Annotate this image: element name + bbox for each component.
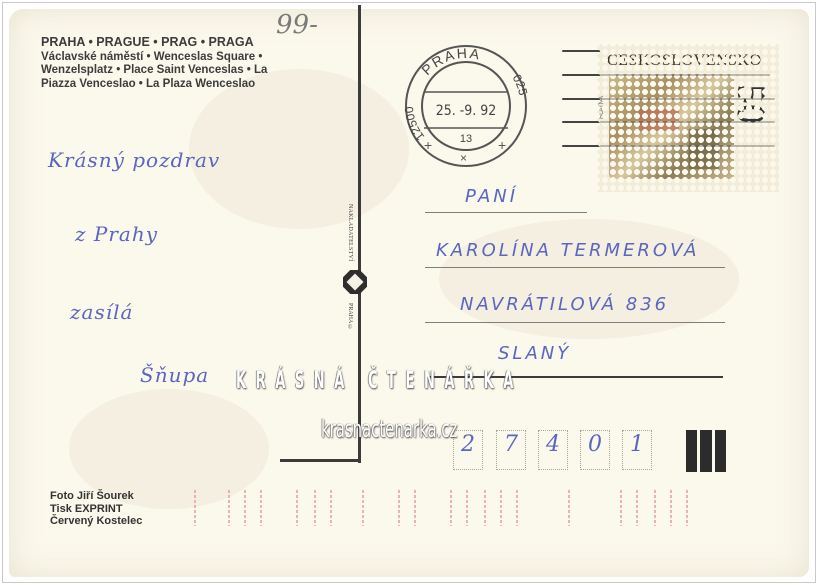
sorting-tick: [686, 490, 688, 526]
zip-digit: 1: [622, 432, 652, 457]
address-salutation: PANÍ: [465, 186, 518, 207]
address-city: SLANÝ: [498, 343, 571, 364]
caption-block: PRAHA • PRAGUE • PRAG • PRAGA Václavské …: [41, 36, 267, 91]
pencil-price-note: 99-: [276, 10, 318, 40]
caption-line: Václavské náměstí • Wenceslas Square •: [41, 51, 267, 65]
postal-barcode: [686, 430, 726, 472]
stamp-value: 50: [728, 84, 775, 124]
sorting-marks: [190, 490, 700, 528]
sorting-tick: [194, 490, 196, 526]
address-line: [425, 212, 587, 213]
watermark-url: krasnactenarka.cz: [321, 415, 457, 443]
divider-foot: [280, 459, 361, 462]
cancel-line: [600, 121, 775, 123]
address-line: [425, 267, 725, 268]
postmark-x-icon: ×: [460, 151, 467, 165]
cancel-line: [562, 145, 602, 147]
sorting-tick: [244, 490, 246, 526]
sorting-tick: [260, 490, 262, 526]
sorting-tick: [654, 490, 656, 526]
cancel-line: [562, 50, 602, 52]
address-name: KAROLÍNA TERMEROVÁ: [436, 240, 700, 261]
sorting-tick: [620, 490, 622, 526]
sorting-tick: [314, 490, 316, 526]
sorting-tick: [516, 490, 518, 526]
cancel-line: [600, 74, 770, 76]
sorting-tick: [636, 490, 638, 526]
cancel-line: [562, 121, 602, 123]
stamp-country: ČESKOSLOVENSKO: [607, 52, 762, 70]
sorting-tick: [398, 490, 400, 526]
barcode-bar: [700, 430, 711, 472]
sorting-tick: [414, 490, 416, 526]
message-line: zasílá: [70, 300, 133, 324]
postmark-cross-icon: +: [424, 137, 432, 153]
sorting-tick: [330, 490, 332, 526]
sorting-tick: [296, 490, 298, 526]
postmark-number: 13: [460, 133, 472, 145]
stamp-unit: h: [739, 104, 744, 115]
sorting-tick: [484, 490, 486, 526]
zip-digit: 2: [453, 432, 483, 457]
caption-line: Piazza Venceslao • La Plaza Wenceslao: [41, 78, 267, 92]
sorting-tick: [228, 490, 230, 526]
caption-title: PRAHA • PRAGUE • PRAG • PRAGA: [41, 36, 267, 50]
caption-line: Wenzelsplatz • Place Saint Venceslas • L…: [41, 64, 267, 78]
postmark: PRAHA 12500 025 25. -9. 92 13 + + ×: [398, 40, 534, 168]
credits-block: Foto Jiří Šourek Tisk EXPRINT Červený Ko…: [50, 490, 142, 528]
paper-stain: [439, 219, 739, 339]
sorting-tick: [500, 490, 502, 526]
sorting-tick: [362, 490, 364, 526]
address-street: NAVRÁTILOVÁ 836: [460, 294, 669, 315]
cancel-line: [600, 145, 775, 147]
postage-stamp: ČESKOSLOVENSKO BLATNÁ 50 h: [597, 44, 779, 192]
postmark-postal-right: 025: [510, 72, 531, 97]
message-line: z Prahy: [75, 222, 158, 246]
cancel-line: [562, 74, 602, 76]
watermark-title: KRÁSNÁ ČTENÁŘKA: [236, 366, 523, 394]
credit-line: Foto Jiří Šourek: [50, 490, 142, 503]
publisher-mark: NAKLADATELSTVÍ PRAHA ©: [341, 200, 371, 350]
cancel-line: [562, 98, 602, 100]
sorting-tick: [450, 490, 452, 526]
credit-line: Tisk EXPRINT: [50, 503, 142, 516]
postmark-city: PRAHA: [418, 45, 482, 78]
address-line: [425, 322, 725, 323]
publisher-city: PRAHA ©: [347, 303, 353, 331]
publisher-logo-icon: [343, 270, 367, 294]
postmark-cross-icon: +: [498, 137, 506, 153]
zip-digit: 0: [580, 432, 610, 457]
barcode-bar: [686, 430, 697, 472]
sorting-tick: [466, 490, 468, 526]
sorting-tick: [568, 490, 570, 526]
message-line: Krásný pozdrav: [48, 148, 220, 172]
svg-text:PRAHA: PRAHA: [418, 45, 482, 78]
sorting-tick: [670, 490, 672, 526]
credit-line: Červený Kostelec: [50, 515, 142, 528]
svg-text:025: 025: [510, 72, 531, 97]
zip-digit: 7: [496, 432, 526, 457]
zip-digit: 4: [538, 432, 568, 457]
postmark-date: 25. -9. 92: [436, 103, 497, 119]
stamp-artwork: [609, 74, 734, 179]
publisher-name: NAKLADATELSTVÍ: [347, 204, 353, 262]
barcode-bar: [715, 430, 726, 472]
paper-stain: [189, 69, 409, 229]
cancel-line: [600, 98, 775, 100]
message-signature: Šňupa: [140, 363, 209, 387]
